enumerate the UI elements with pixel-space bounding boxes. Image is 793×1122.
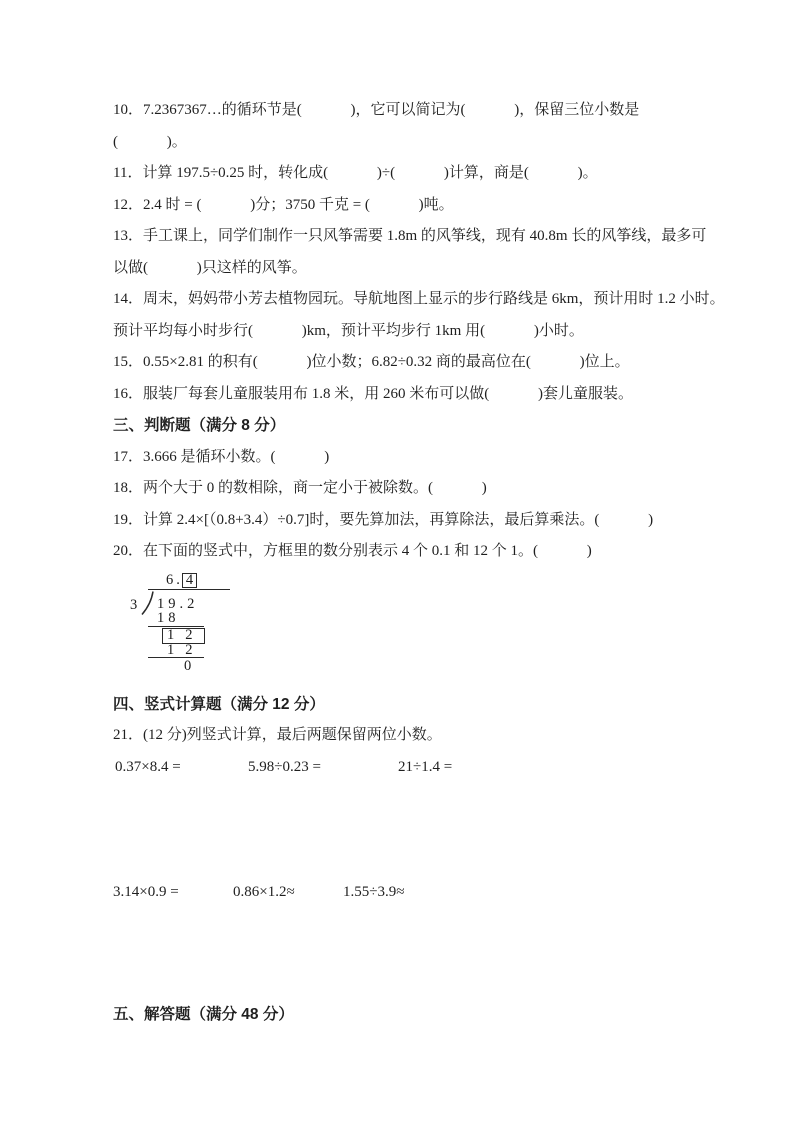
division-rule-2 bbox=[148, 657, 204, 658]
calc-expression-3: 21÷1.4 = bbox=[398, 752, 452, 784]
section-heading-judge: 三、判断题（满分 8 分） bbox=[113, 410, 743, 442]
long-division-diagram: 6 . 4 3 19.2 18 12 12 0 bbox=[130, 573, 370, 670]
question-11: 11．计算 197.5÷0.25 时，转化成( )÷( )计算，商是( )。 bbox=[113, 158, 743, 190]
section-heading-solve: 五、解答题（满分 48 分） bbox=[113, 999, 743, 1031]
quotient-decimal-point: . bbox=[176, 573, 180, 587]
exam-paper-page: 10．7.2367367…的循环节是( )，它可以简记为( )，保留三位小数是 … bbox=[0, 0, 793, 1122]
exam-paper-content: 10．7.2367367…的循环节是( )，它可以简记为( )，保留三位小数是 … bbox=[0, 0, 793, 1122]
quotient-boxed-digit: 4 bbox=[182, 573, 197, 588]
quotient-whole-digit: 6 bbox=[166, 573, 173, 587]
calc-expression-4: 3.14×0.9 = bbox=[113, 877, 179, 909]
calc-expression-5: 0.86×1.2≈ bbox=[233, 877, 295, 909]
question-16: 16．服装厂每套儿童服装用布 1.8 米，用 260 米布可以做( )套儿童服装… bbox=[113, 379, 743, 411]
question-15: 15．0.55×2.81 的积有( )位小数；6.82÷0.32 商的最高位在(… bbox=[113, 347, 743, 379]
calc-expression-1: 0.37×8.4 = bbox=[115, 752, 181, 784]
question-14-line-2: 预计平均每小时步行( )km，预计平均步行 1km 用( )小时。 bbox=[113, 316, 743, 348]
division-partial-product-1: 18 bbox=[157, 611, 180, 625]
question-20: 20．在下面的竖式中，方框里的数分别表示 4 个 0.1 和 12 个 1。( … bbox=[113, 536, 743, 568]
question-10-line-1: 10．7.2367367…的循环节是( )，它可以简记为( )，保留三位小数是 bbox=[113, 95, 743, 127]
division-bracket-icon bbox=[141, 591, 154, 615]
question-21-instruction: 21．(12 分)列竖式计算，最后两题保留两位小数。 bbox=[113, 720, 743, 752]
question-14-line-1: 14．周末，妈妈带小芳去植物园玩。导航地图上显示的步行路线是 6km，预计用时 … bbox=[113, 284, 743, 316]
division-vinculum bbox=[148, 589, 230, 590]
question-10-line-2: ( )。 bbox=[113, 127, 743, 159]
division-partial-product-2: 12 bbox=[167, 643, 204, 657]
calc-row-2: 3.14×0.9 = 0.86×1.2≈ 1.55÷3.9≈ bbox=[113, 877, 743, 909]
division-final-remainder: 0 bbox=[184, 659, 191, 673]
question-17: 17．3.666 是循环小数。( ) bbox=[113, 442, 743, 474]
question-13-line-1: 13．手工课上，同学们制作一只风筝需要 1.8m 的风筝线，现有 40.8m 长… bbox=[113, 221, 743, 253]
question-13-line-2: 以做( )只这样的风筝。 bbox=[113, 253, 743, 285]
division-divisor: 3 bbox=[130, 598, 137, 612]
division-quotient: 6 . 4 bbox=[166, 573, 197, 587]
section-heading-vertical-calc: 四、竖式计算题（满分 12 分） bbox=[113, 689, 743, 721]
division-dividend: 19.2 bbox=[157, 597, 198, 611]
question-18: 18．两个大于 0 的数相除，商一定小于被除数。( ) bbox=[113, 473, 743, 505]
calc-expression-6: 1.55÷3.9≈ bbox=[343, 877, 404, 909]
calc-row-1: 0.37×8.4 = 5.98÷0.23 = 21÷1.4 = bbox=[113, 752, 743, 784]
calc-expression-2: 5.98÷0.23 = bbox=[248, 752, 321, 784]
question-12: 12．2.4 时 = ( )分；3750 千克 = ( )吨。 bbox=[113, 190, 743, 222]
question-19: 19．计算 2.4×[（0.8+3.4）÷0.7]时，要先算加法，再算除法，最后… bbox=[113, 505, 743, 537]
